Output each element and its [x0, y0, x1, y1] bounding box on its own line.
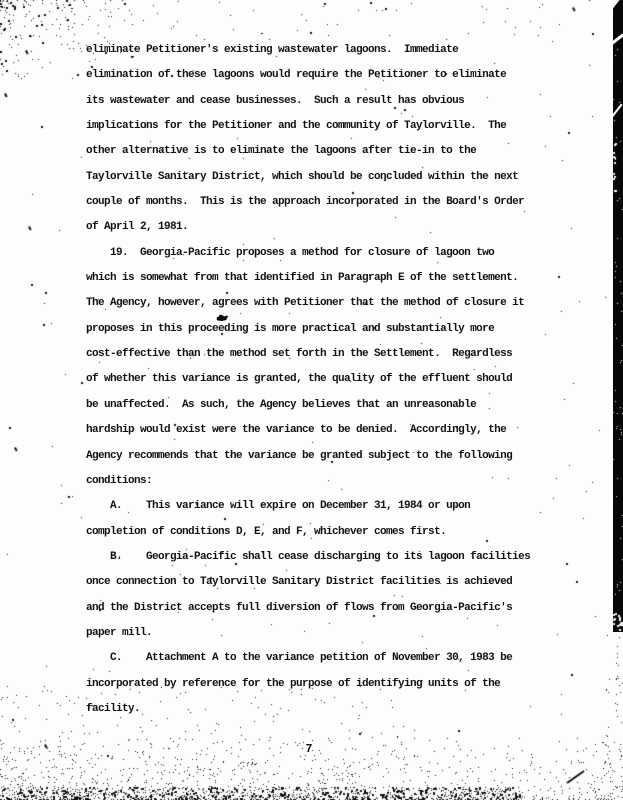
page-number: 7	[0, 744, 618, 756]
document-line: other alternative is to eliminate the la…	[86, 139, 586, 164]
scan-bar-scratch	[610, 104, 622, 119]
document-line-condition-b: B. Georgia-Pacific shall cease dischargi…	[86, 545, 586, 570]
document-line: once connection to Taylorville Sanitary …	[86, 570, 586, 595]
document-line: Taylorville Sanitary District, which sho…	[86, 165, 586, 190]
document-line-condition-c: C. Attachment A to the variance petition…	[86, 646, 586, 671]
document-line: its wastewater and cease businesses. Suc…	[86, 89, 586, 114]
document-line: of whether this variance is granted, the…	[86, 367, 586, 392]
scan-edge-bar	[613, 0, 623, 632]
document-line: implications for the Petitioner and the …	[86, 114, 586, 139]
scan-bar-notch	[606, 0, 621, 8]
document-line: proposes in this proceeding is more prac…	[86, 317, 586, 342]
document-line-condition-a: A. This variance will expire on December…	[86, 494, 586, 519]
document-line: cost-effective than the method set forth…	[86, 342, 586, 367]
document-line: be unaffected. As such, the Agency belie…	[86, 393, 586, 418]
document-line-paragraph-19: 19. Georgia-Pacific proposes a method fo…	[86, 241, 586, 266]
scanned-page: eliminate Petitioner's existing wastewat…	[0, 0, 623, 800]
document-line: elimination of these lagoons would requi…	[86, 63, 586, 88]
document-line: Agency recommends that the variance be g…	[86, 444, 586, 469]
document-line: The Agency, however, agrees with Petitio…	[86, 291, 586, 316]
document-line: paper mill.	[86, 621, 586, 646]
scan-bar-scratch	[610, 33, 623, 45]
document-line: hardship would exist were the variance t…	[86, 418, 586, 443]
document-line: eliminate Petitioner's existing wastewat…	[86, 38, 586, 63]
document-line: completion of conditions D, E, and F, wh…	[86, 520, 586, 545]
document-line: couple of months. This is the approach i…	[86, 190, 586, 215]
document-line: incorporated by reference for the purpos…	[86, 672, 586, 697]
document-line: and the District accepts full diversion …	[86, 596, 586, 621]
document-line: facility.	[86, 697, 586, 722]
document-body-text: eliminate Petitioner's existing wastewat…	[86, 38, 586, 722]
document-line: of April 2, 1981.	[86, 215, 586, 240]
document-line: conditions:	[86, 469, 586, 494]
document-line: which is somewhat from that identified i…	[86, 266, 586, 291]
